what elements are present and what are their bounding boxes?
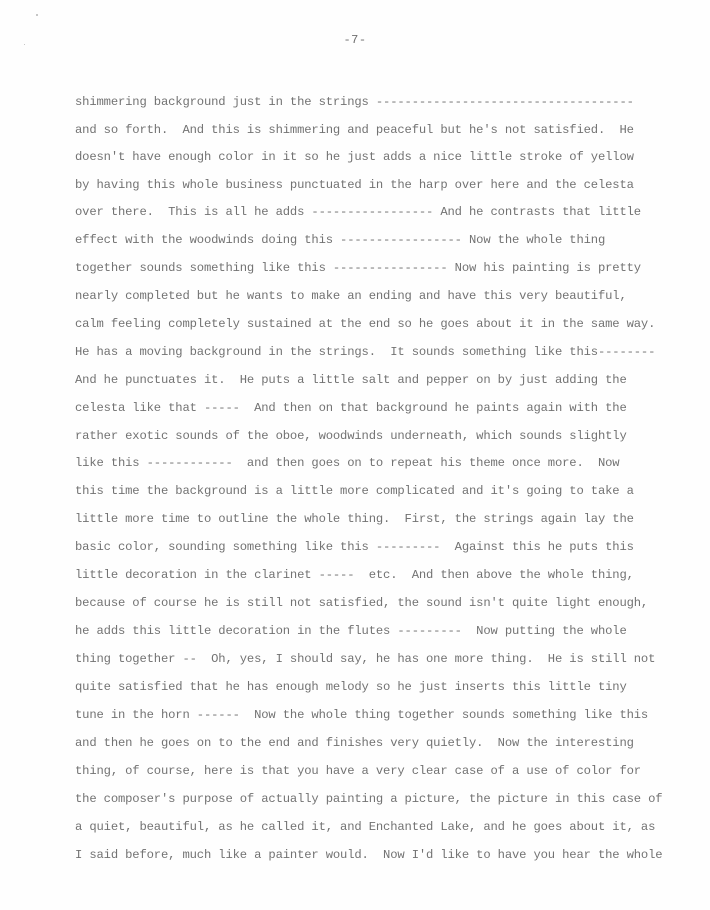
text-line: thing together -- Oh, yes, I should say,… xyxy=(75,649,655,669)
text-line: little decoration in the clarinet ----- … xyxy=(75,565,634,585)
text-line: thing, of course, here is that you have … xyxy=(75,761,641,781)
text-line: effect with the woodwinds doing this ---… xyxy=(75,230,605,250)
text-line: and then he goes on to the end and finis… xyxy=(75,733,634,753)
text-line: shimmering background just in the string… xyxy=(75,92,634,112)
text-line: this time the background is a little mor… xyxy=(75,481,634,501)
text-line: like this ------------ and then goes on … xyxy=(75,453,619,473)
text-line: and so forth. And this is shimmering and… xyxy=(75,120,634,140)
text-line: nearly completed but he wants to make an… xyxy=(75,286,627,306)
text-line: tune in the horn ------ Now the whole th… xyxy=(75,705,648,725)
text-line: rather exotic sounds of the oboe, woodwi… xyxy=(75,426,627,446)
text-line: basic color, sounding something like thi… xyxy=(75,537,634,557)
text-line: he adds this little decoration in the fl… xyxy=(75,621,627,641)
text-line: He has a moving background in the string… xyxy=(75,342,655,362)
text-line: little more time to outline the whole th… xyxy=(75,509,634,529)
text-line: celesta like that ----- And then on that… xyxy=(75,398,627,418)
text-line: by having this whole business punctuated… xyxy=(75,175,634,195)
text-line: because of course he is still not satisf… xyxy=(75,593,648,613)
text-line: I said before, much like a painter would… xyxy=(75,845,662,865)
text-line: doesn't have enough color in it so he ju… xyxy=(75,147,634,167)
text-line: And he punctuates it. He puts a little s… xyxy=(75,370,627,390)
text-line: together sounds something like this ----… xyxy=(75,258,641,278)
text-line: a quiet, beautiful, as he called it, and… xyxy=(75,817,655,837)
document-page: -7- shimmering background just in the st… xyxy=(0,0,710,910)
text-line: the composer's purpose of actually paint… xyxy=(75,789,662,809)
paper-speck xyxy=(36,14,38,16)
text-line: calm feeling completely sustained at the… xyxy=(75,314,655,334)
text-line: quite satisfied that he has enough melod… xyxy=(75,677,627,697)
page-number: -7- xyxy=(0,33,710,47)
text-line: over there. This is all he adds --------… xyxy=(75,202,641,222)
